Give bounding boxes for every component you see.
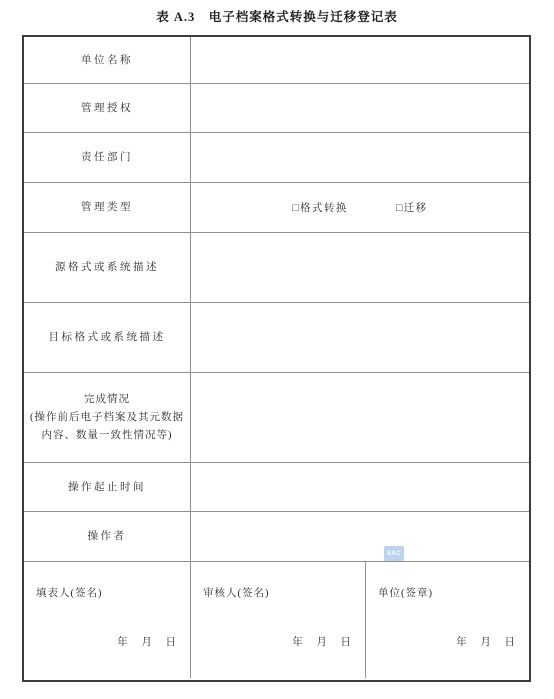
signature-cell-form-filler: 填表人(签名) 年 月 日	[24, 562, 190, 678]
unit-seal-date: 年 月 日	[456, 634, 516, 649]
row-label-completion-status: 完成情况 (操作前后电子档案及其元数据 内容、数量一致性情况等)	[24, 373, 190, 463]
input-cell-responsible-department	[190, 133, 529, 183]
sac-watermark-badge: SAC	[384, 546, 404, 561]
input-cell-completion-status	[190, 373, 529, 463]
input-cell-target-format	[190, 303, 529, 373]
row-label-unit-name: 单位名称	[24, 37, 190, 84]
completion-status-line1: 完成情况	[84, 391, 130, 409]
signature-cell-unit-seal: 单位(签章) 年 月 日	[365, 562, 529, 678]
row-label-management-authorization: 管理授权	[24, 84, 190, 133]
row-label-target-format: 目标格式或系统描述	[24, 303, 190, 373]
checkbox-icon: □	[396, 202, 403, 214]
input-cell-management-authorization	[190, 84, 529, 133]
form-filler-date: 年 月 日	[117, 634, 177, 649]
completion-status-line2: (操作前后电子档案及其元数据	[30, 409, 184, 427]
input-cell-management-type: □格式转换 □迁移	[190, 183, 529, 233]
row-label-source-format: 源格式或系统描述	[24, 233, 190, 303]
checkbox-icon: □	[292, 202, 299, 214]
row-label-operator: 操作者	[24, 512, 190, 562]
form-rows: 单位名称 管理授权 责任部门 管理类型 □格式转换 □迁移 源格式或系统描述 目…	[24, 37, 529, 562]
reviewer-label: 审核人(签名)	[203, 585, 270, 600]
signature-cell-reviewer: 审核人(签名) 年 月 日	[190, 562, 365, 678]
row-label-management-type: 管理类型	[24, 183, 190, 233]
registration-form-table: 单位名称 管理授权 责任部门 管理类型 □格式转换 □迁移 源格式或系统描述 目…	[22, 35, 531, 682]
input-cell-source-format	[190, 233, 529, 303]
reviewer-date: 年 月 日	[292, 634, 352, 649]
checkbox-format-conversion-label: 格式转换	[300, 203, 348, 214]
checkbox-migration[interactable]: □迁移	[396, 200, 428, 215]
checkbox-format-conversion[interactable]: □格式转换	[292, 200, 348, 215]
input-cell-operator	[190, 512, 529, 562]
form-filler-label: 填表人(签名)	[36, 585, 103, 600]
row-label-responsible-department: 责任部门	[24, 133, 190, 183]
input-cell-unit-name	[190, 37, 529, 84]
unit-seal-label: 单位(签章)	[378, 585, 433, 600]
signature-row: 填表人(签名) 年 月 日 审核人(签名) 年 月 日 单位(签章) 年 月 日	[24, 562, 529, 678]
input-cell-operation-time	[190, 463, 529, 512]
page-title: 表 A.3 电子档案格式转换与迁移登记表	[0, 7, 554, 25]
completion-status-line3: 内容、数量一致性情况等)	[42, 427, 173, 445]
checkbox-migration-label: 迁移	[404, 203, 428, 214]
row-label-operation-time: 操作起止时间	[24, 463, 190, 512]
